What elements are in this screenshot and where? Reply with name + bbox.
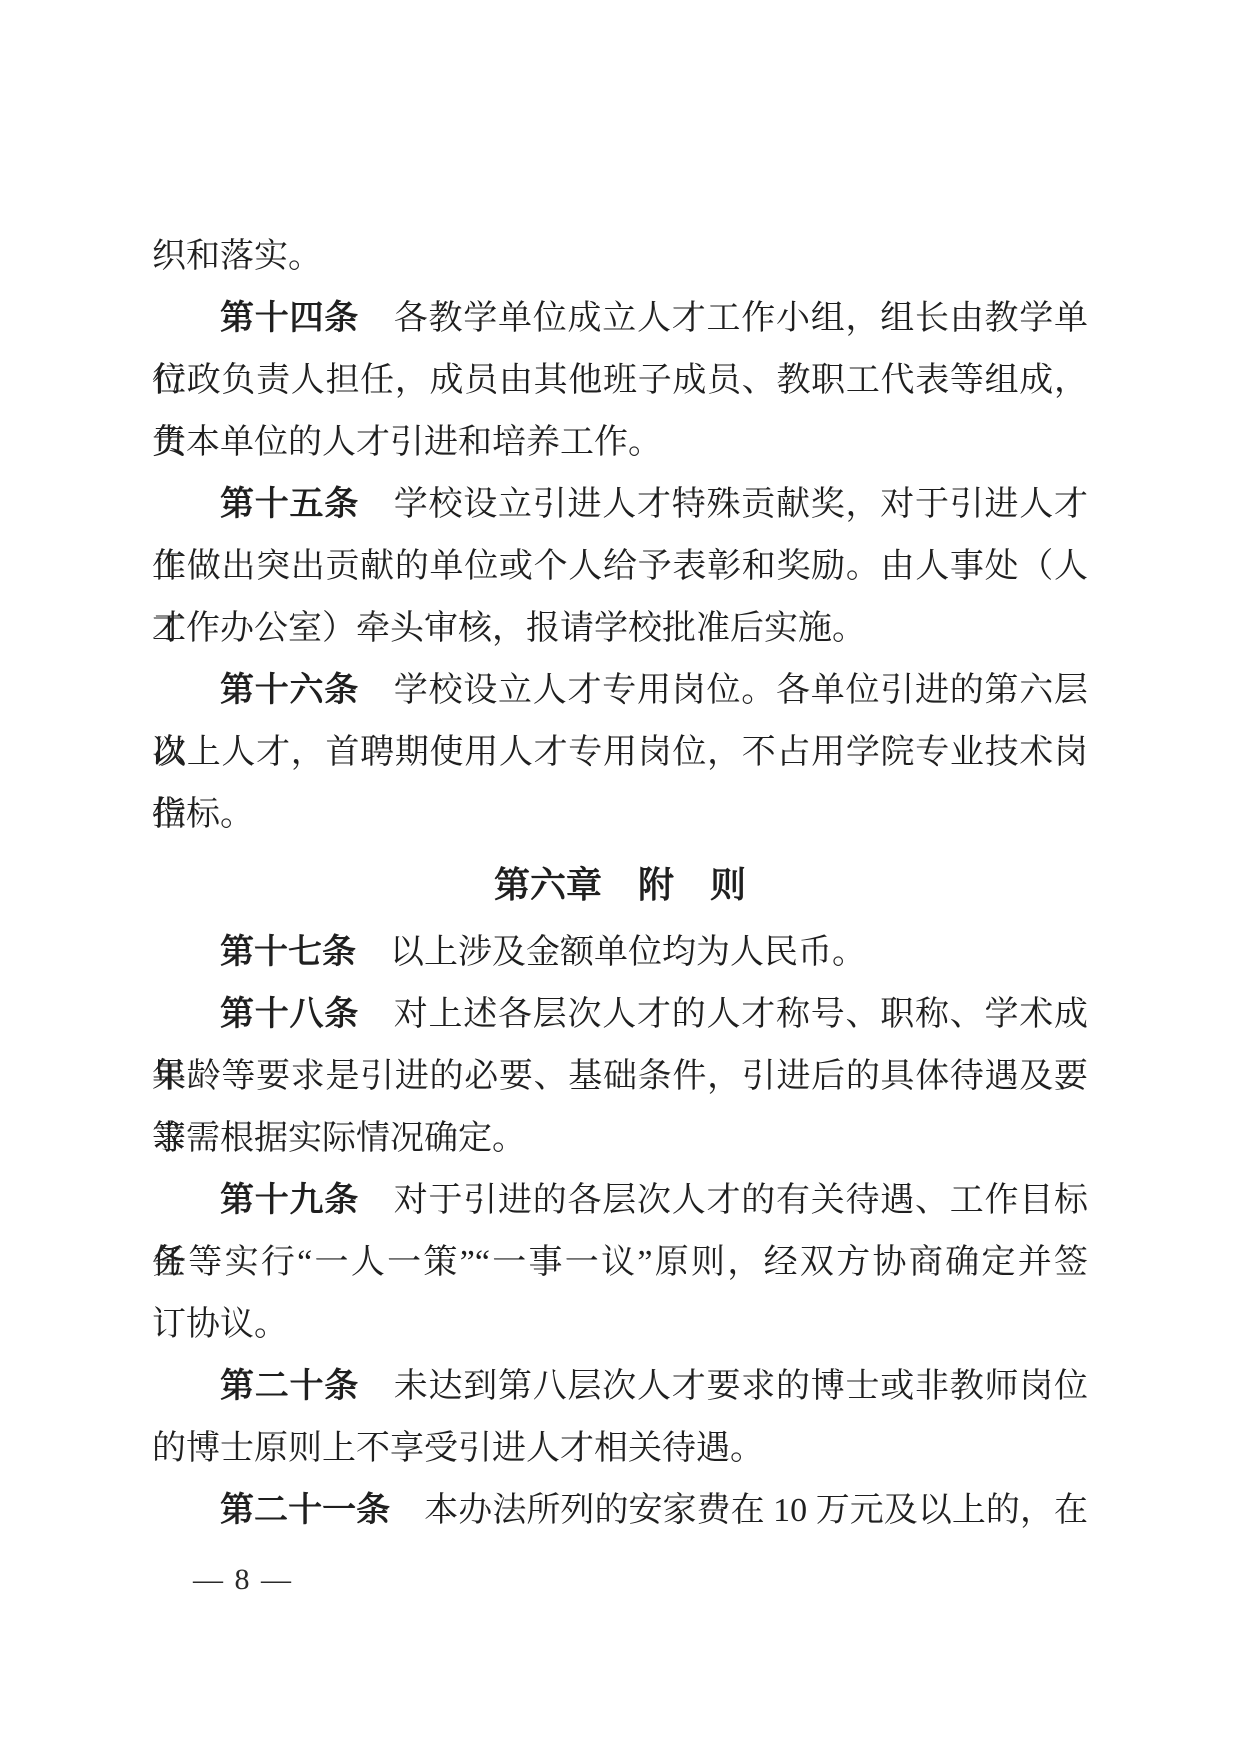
text-line: 年龄等要求是引进的必要、基础条件，引进后的具体待遇及要求 — [152, 1046, 1088, 1108]
page-number: — 8 — — [193, 1562, 293, 1598]
text-line: 第十九条 对于引进的各层次人才的有关待遇、工作目标任 — [152, 1170, 1088, 1232]
text-segment: 订协议。 — [152, 1306, 288, 1343]
text-line: 指标。 — [152, 784, 1088, 846]
text-segment: 以上涉及金额单位均为人民币。 — [356, 934, 866, 971]
text-line: 责本单位的人才引进和培养工作。 — [152, 412, 1088, 474]
text-line: 工作办公室）牵头审核，报请学校批准后实施。 — [152, 598, 1088, 660]
text-line: 第十六条 学校设立人才专用岗位。各单位引进的第六层次 — [152, 660, 1088, 722]
text-segment: 的博士原则上不享受引进人才相关待遇。 — [152, 1430, 764, 1467]
text-line: 以上人才，首聘期使用人才专用岗位，不占用学院专业技术岗位 — [152, 722, 1088, 784]
text-segment: 织和落实。 — [152, 238, 322, 275]
text-line: 第十八条 对上述各层次人才的人才称号、职称、学术成果、 — [152, 984, 1088, 1046]
text-line: 等需根据实际情况确定。 — [152, 1108, 1088, 1170]
article-number: 第十八条 — [220, 996, 359, 1033]
text-line: 订协议。 — [152, 1294, 1088, 1356]
text-segment: 等需根据实际情况确定。 — [152, 1120, 526, 1157]
text-line: 第二十一条 本办法所列的安家费在 10 万元及以上的，在 — [152, 1480, 1088, 1542]
text-line: 第十五条 学校设立引进人才特殊贡献奖，对于引进人才工 — [152, 474, 1088, 536]
article-number: 第十五条 — [220, 486, 359, 523]
text-line: 第十四条 各教学单位成立人才工作小组，组长由教学单位 — [152, 288, 1088, 350]
text-line: 的博士原则上不享受引进人才相关待遇。 — [152, 1418, 1088, 1480]
article-number: 第十六条 — [220, 672, 359, 709]
article-number: 第二十条 — [220, 1368, 359, 1405]
article-number: 第十九条 — [220, 1182, 359, 1219]
text-line: 第十七条 以上涉及金额单位均为人民币。 — [152, 922, 1088, 984]
text-segment: 本办法所列的安家费在 10 万元及以上的，在 — [390, 1492, 1088, 1529]
text-segment: 务等实行“一人一策”“一事一议”原则，经双方协商确定并签 — [152, 1244, 1088, 1281]
text-segment: 责本单位的人才引进和培养工作。 — [152, 424, 662, 461]
chapter-heading: 第六章 附 则 — [152, 854, 1088, 916]
document-body: 织和落实。第十四条 各教学单位成立人才工作小组，组长由教学单位行政负责人担任，成… — [152, 226, 1088, 1542]
article-number: 第十四条 — [220, 300, 359, 337]
article-number: 第十七条 — [220, 934, 356, 971]
document-page: 织和落实。第十四条 各教学单位成立人才工作小组，组长由教学单位行政负责人担任，成… — [0, 0, 1240, 1753]
text-line: 务等实行“一人一策”“一事一议”原则，经双方协商确定并签 — [152, 1232, 1088, 1294]
text-line: 行政负责人担任，成员由其他班子成员、教职工代表等组成，负 — [152, 350, 1088, 412]
text-line: 第二十条 未达到第八层次人才要求的博士或非教师岗位 — [152, 1356, 1088, 1418]
text-line: 织和落实。 — [152, 226, 1088, 288]
article-number: 第二十一条 — [220, 1492, 390, 1529]
text-segment: 第六章 附 则 — [494, 865, 746, 905]
text-segment: 未达到第八层次人才要求的博士或非教师岗位 — [359, 1368, 1088, 1405]
text-segment: 指标。 — [152, 796, 254, 833]
text-line: 作做出突出贡献的单位或个人给予表彰和奖励。由人事处（人才 — [152, 536, 1088, 598]
text-segment: 工作办公室）牵头审核，报请学校批准后实施。 — [152, 610, 866, 647]
